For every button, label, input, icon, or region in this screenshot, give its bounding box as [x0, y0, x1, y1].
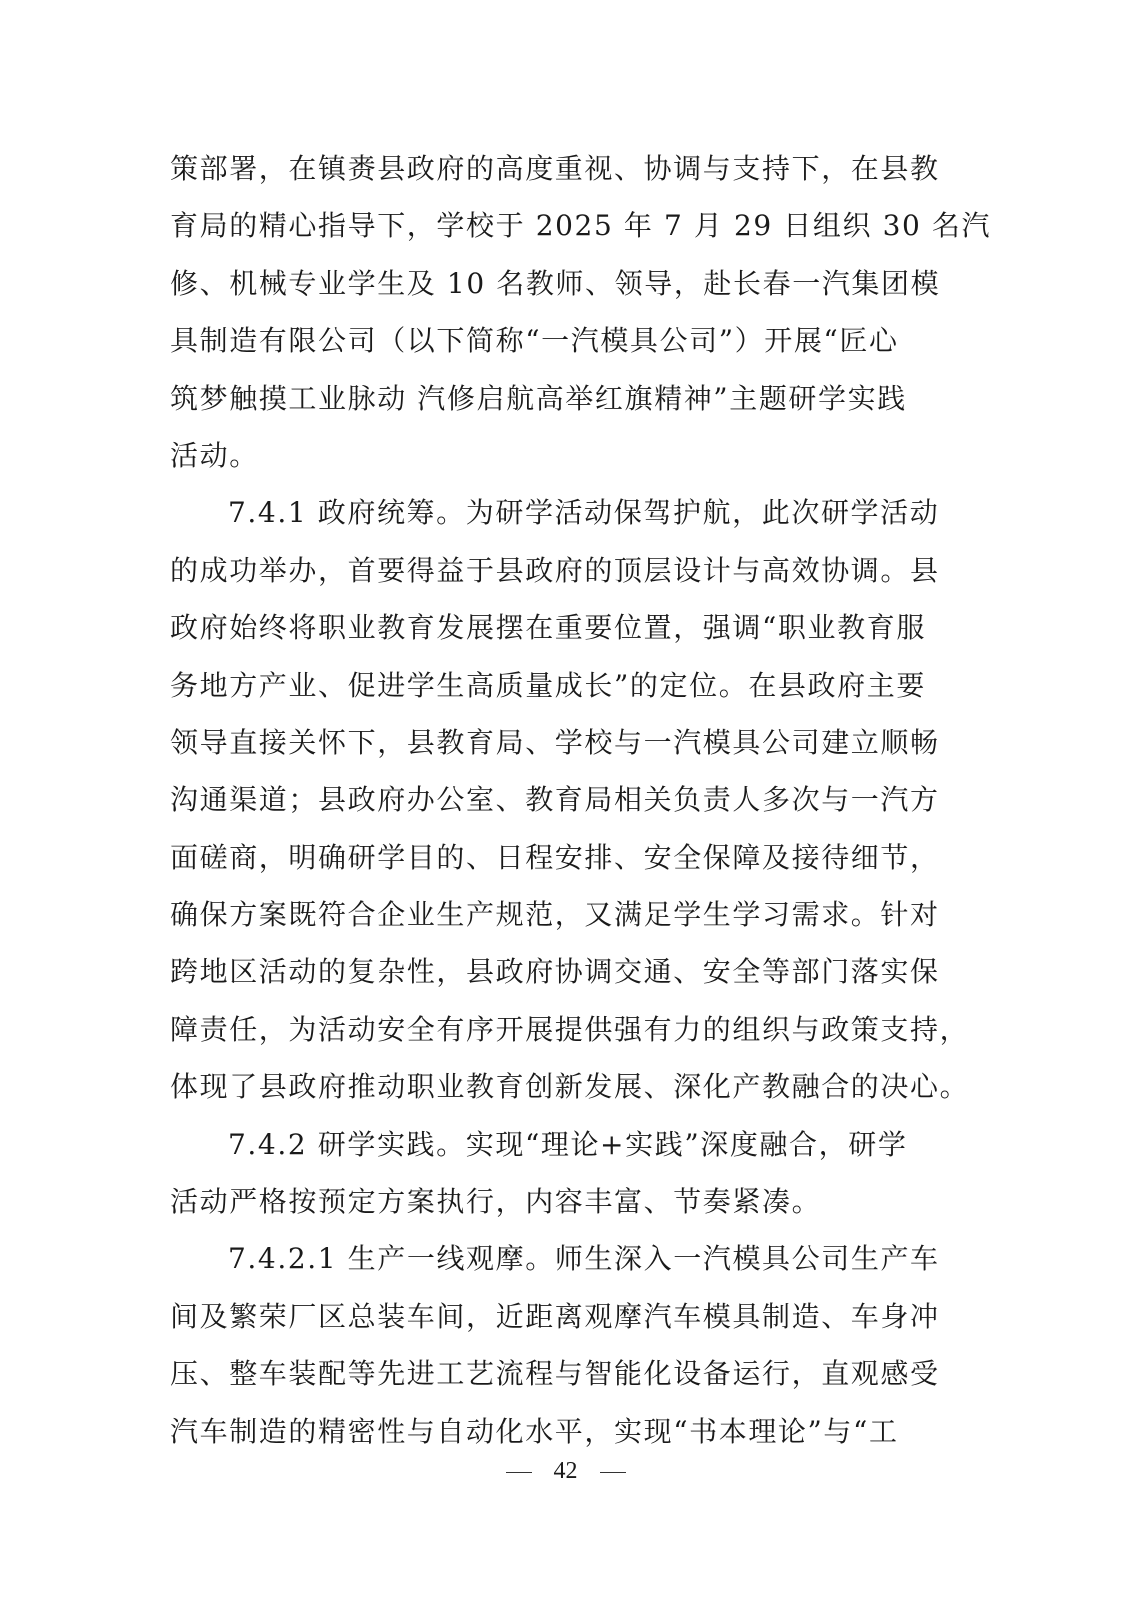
text-line: 压、整车装配等先进工艺流程与智能化设备运行，直观感受: [170, 1345, 960, 1402]
text-line: 体现了县政府推动职业教育创新发展、深化产教融合的决心。: [170, 1058, 960, 1115]
text-line: 修、机械专业学生及 10 名教师、领导，赴长春一汽集团模: [170, 255, 960, 312]
text-line: 领导直接关怀下，县教育局、学校与一汽模具公司建立顺畅: [170, 714, 960, 771]
text-line: 务地方产业、促进学生高质量成长”的定位。在县政府主要: [170, 657, 960, 714]
document-page: 策部署，在镇赉县政府的高度重视、协调与支持下，在县教 育局的精心指导下，学校于 …: [0, 0, 1131, 1600]
text-line: 确保方案既符合企业生产规范，又满足学生学习需求。针对: [170, 886, 960, 943]
text-line: 沟通渠道；县政府办公室、教育局相关负责人多次与一汽方: [170, 771, 960, 828]
page-footer: 42: [0, 1458, 1131, 1485]
text-line: 策部署，在镇赉县政府的高度重视、协调与支持下，在县教: [170, 140, 960, 197]
text-line: 具制造有限公司（以下简称“一汽模具公司”）开展“匠心: [170, 312, 960, 369]
text-line: 跨地区活动的复杂性，县政府协调交通、安全等部门落实保: [170, 943, 960, 1000]
section-heading-7-4-1: 7.4.1 政府统筹。为研学活动保驾护航，此次研学活动: [170, 484, 960, 541]
text-line: 育局的精心指导下，学校于 2025 年 7 月 29 日组织 30 名汽: [170, 197, 960, 254]
text-line: 间及繁荣厂区总装车间，近距离观摩汽车模具制造、车身冲: [170, 1288, 960, 1345]
text-line: 的成功举办，首要得益于县政府的顶层设计与高效协调。县: [170, 542, 960, 599]
section-heading-7-4-2: 7.4.2 研学实践。实现“理论+实践”深度融合，研学: [170, 1116, 960, 1173]
text-line: 筑梦触摸工业脉动 汽修启航高举红旗精神”主题研学实践: [170, 370, 960, 427]
dash-left: [506, 1472, 532, 1474]
dash-right: [600, 1472, 626, 1474]
text-line: 政府始终将职业教育发展摆在重要位置，强调“职业教育服: [170, 599, 960, 656]
text-line: 活动。: [170, 427, 960, 484]
text-line: 面磋商，明确研学目的、日程安排、安全保障及接待细节，: [170, 829, 960, 886]
page-number: 42: [554, 1458, 578, 1484]
section-heading-7-4-2-1: 7.4.2.1 生产一线观摩。师生深入一汽模具公司生产车: [170, 1230, 960, 1287]
body-text: 策部署，在镇赉县政府的高度重视、协调与支持下，在县教 育局的精心指导下，学校于 …: [170, 140, 960, 1460]
text-line: 障责任，为活动安全有序开展提供强有力的组织与政策支持，: [170, 1001, 960, 1058]
text-line: 活动严格按预定方案执行，内容丰富、节奏紧凑。: [170, 1173, 960, 1230]
text-line: 汽车制造的精密性与自动化水平，实现“书本理论”与“工: [170, 1403, 960, 1460]
